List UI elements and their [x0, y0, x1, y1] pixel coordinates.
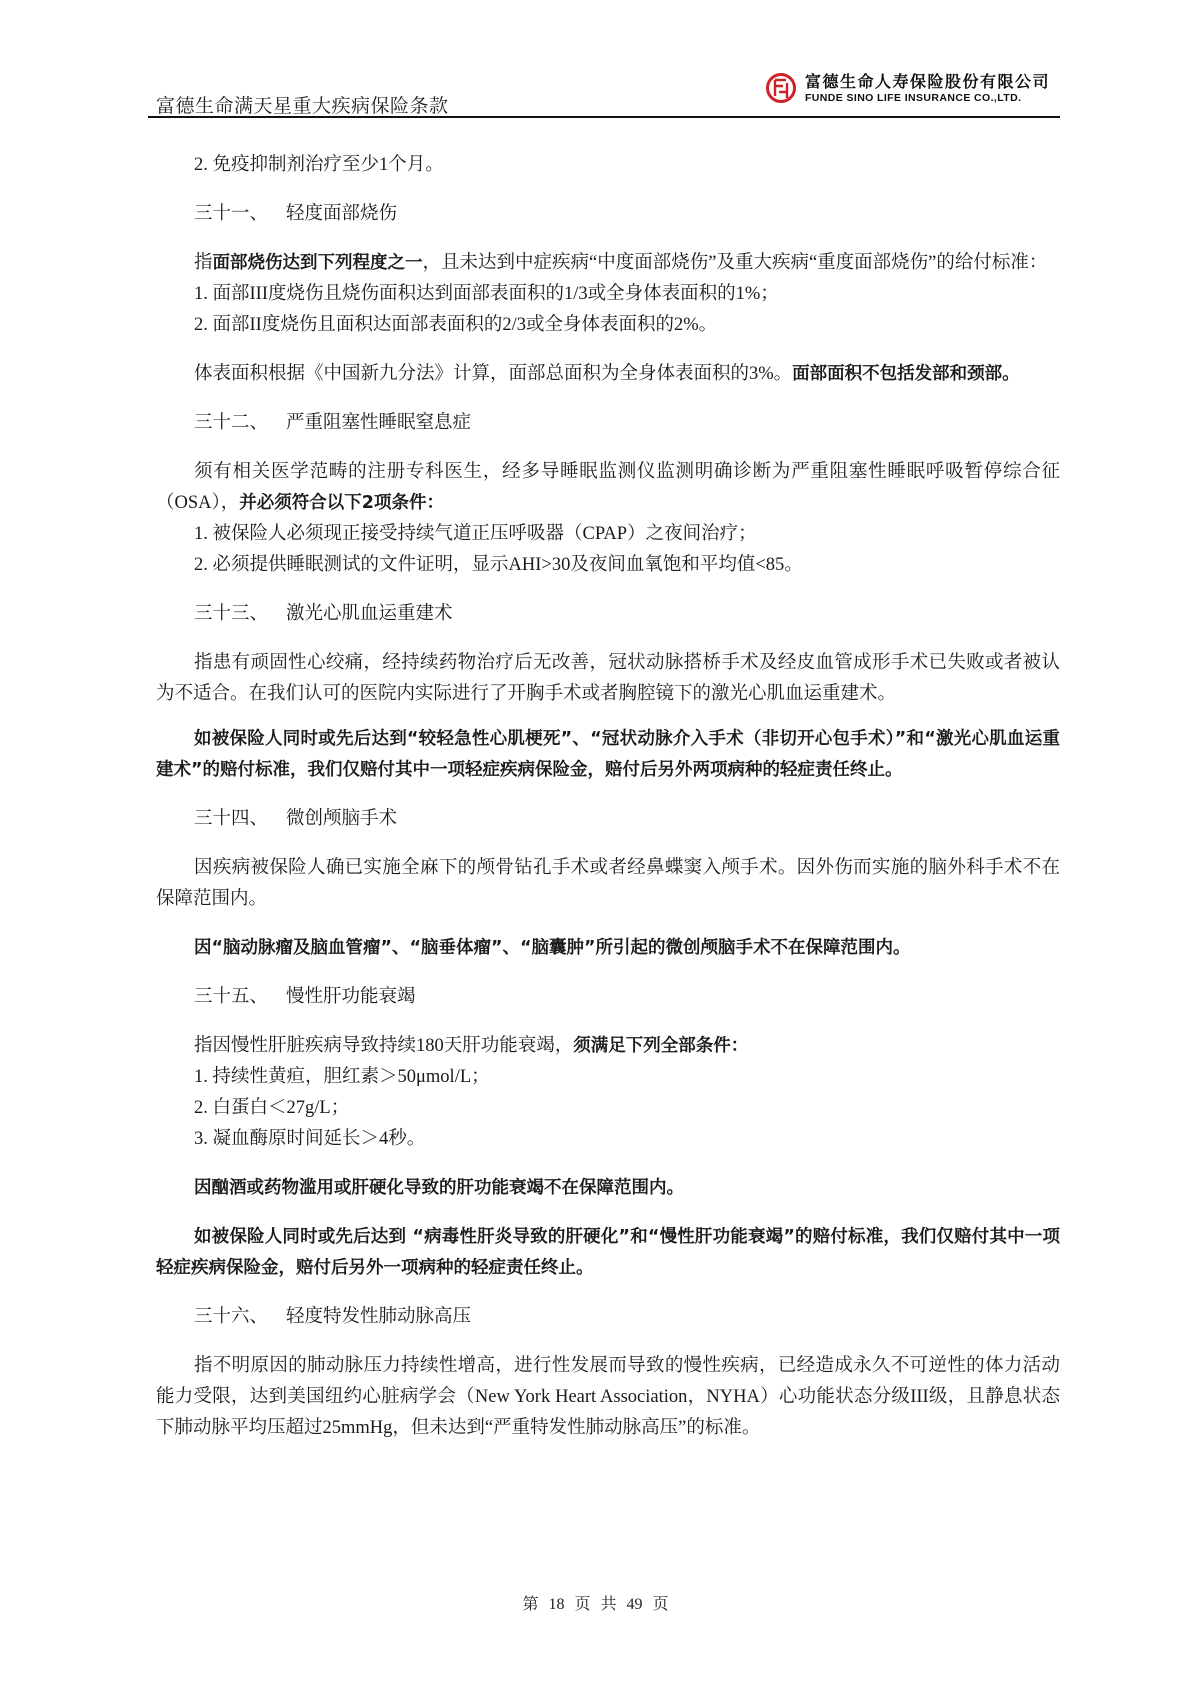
paragraph: 体表面积根据《中国新九分法》计算，面部总面积为全身体表面积的3%。面部面积不包括…	[156, 359, 1060, 390]
list-item: 2. 免疫抑制剂治疗至少1个月。	[156, 150, 1060, 181]
paragraph-bold: 因“脑动脉瘤及脑血管瘤”、“脑垂体瘤”、“脑囊肿”所引起的微创颅脑手术不在保障范…	[156, 933, 1060, 964]
logo-chinese-name: 富德生命人寿保险股份有限公司	[805, 72, 1050, 92]
section-heading-31: 三十一、轻度面部烧伤	[156, 199, 1060, 230]
document-body: 2. 免疫抑制剂治疗至少1个月。 三十一、轻度面部烧伤 指面部烧伤达到下列程度之…	[156, 150, 1060, 1444]
list-item: 2. 面部II度烧伤且面积达面部表面积的2/3或全身体表面积的2%。	[156, 310, 1060, 341]
list-item: 2. 必须提供睡眠测试的文件证明，显示AHI>30及夜间血氧饱和平均值<85。	[156, 550, 1060, 581]
company-logo: 富德生命人寿保险股份有限公司 FUNDE SINO LIFE INSURANCE…	[765, 68, 1050, 108]
paragraph: 指不明原因的肺动脉压力持续性增高，进行性发展而导致的慢性疾病，已经造成永久不可逆…	[156, 1351, 1060, 1444]
paragraph: 指面部烧伤达到下列程度之一，且未达到中症疾病“中度面部烧伤”及重大疾病“重度面部…	[156, 248, 1060, 279]
header-divider	[148, 116, 1060, 118]
page-number: 第 18 页 共 49 页	[0, 1591, 1191, 1614]
paragraph-bold: 如被保险人同时或先后达到 “病毒性肝炎导致的肝硬化”和“慢性肝功能衰竭”的赔付标…	[156, 1222, 1060, 1284]
section-heading-33: 三十三、激光心肌血运重建术	[156, 599, 1060, 630]
section-heading-35: 三十五、慢性肝功能衰竭	[156, 982, 1060, 1013]
list-item: 1. 持续性黄疸，胆红素＞50μmol/L；	[156, 1062, 1060, 1093]
document-title: 富德生命满天星重大疾病保险条款	[156, 91, 449, 118]
paragraph-bold: 如被保险人同时或先后达到“较轻急性心肌梗死”、“冠状动脉介入手术（非切开心包手术…	[156, 724, 1060, 786]
funde-logo-icon	[765, 72, 797, 104]
list-item: 3. 凝血酶原时间延长＞4秒。	[156, 1124, 1060, 1155]
list-item: 2. 白蛋白＜27g/L；	[156, 1093, 1060, 1124]
paragraph: 因疾病被保险人确已实施全麻下的颅骨钻孔手术或者经鼻蝶窦入颅手术。因外伤而实施的脑…	[156, 853, 1060, 915]
section-heading-36: 三十六、轻度特发性肺动脉高压	[156, 1302, 1060, 1333]
logo-english-name: FUNDE SINO LIFE INSURANCE CO.,LTD.	[805, 92, 1050, 105]
section-heading-34: 三十四、微创颅脑手术	[156, 804, 1060, 835]
paragraph: 指因慢性肝脏疾病导致持续180天肝功能衰竭，须满足下列全部条件：	[156, 1031, 1060, 1062]
paragraph: 须有相关医学范畴的注册专科医生，经多导睡眠监测仪监测明确诊断为严重阻塞性睡眠呼吸…	[156, 457, 1060, 519]
page-header: 富德生命满天星重大疾病保险条款 富德生命人寿保险股份有限公司 FUNDE SIN…	[148, 64, 1060, 116]
section-heading-32: 三十二、严重阻塞性睡眠窒息症	[156, 408, 1060, 439]
paragraph: 指患有顽固性心绞痛，经持续药物治疗后无改善，冠状动脉搭桥手术及经皮血管成形手术已…	[156, 648, 1060, 710]
paragraph-bold: 因酗酒或药物滥用或肝硬化导致的肝功能衰竭不在保障范围内。	[156, 1173, 1060, 1204]
list-item: 1. 面部III度烧伤且烧伤面积达到面部表面积的1/3或全身体表面积的1%；	[156, 279, 1060, 310]
list-item: 1. 被保险人必须现正接受持续气道正压呼吸器（CPAP）之夜间治疗；	[156, 519, 1060, 550]
